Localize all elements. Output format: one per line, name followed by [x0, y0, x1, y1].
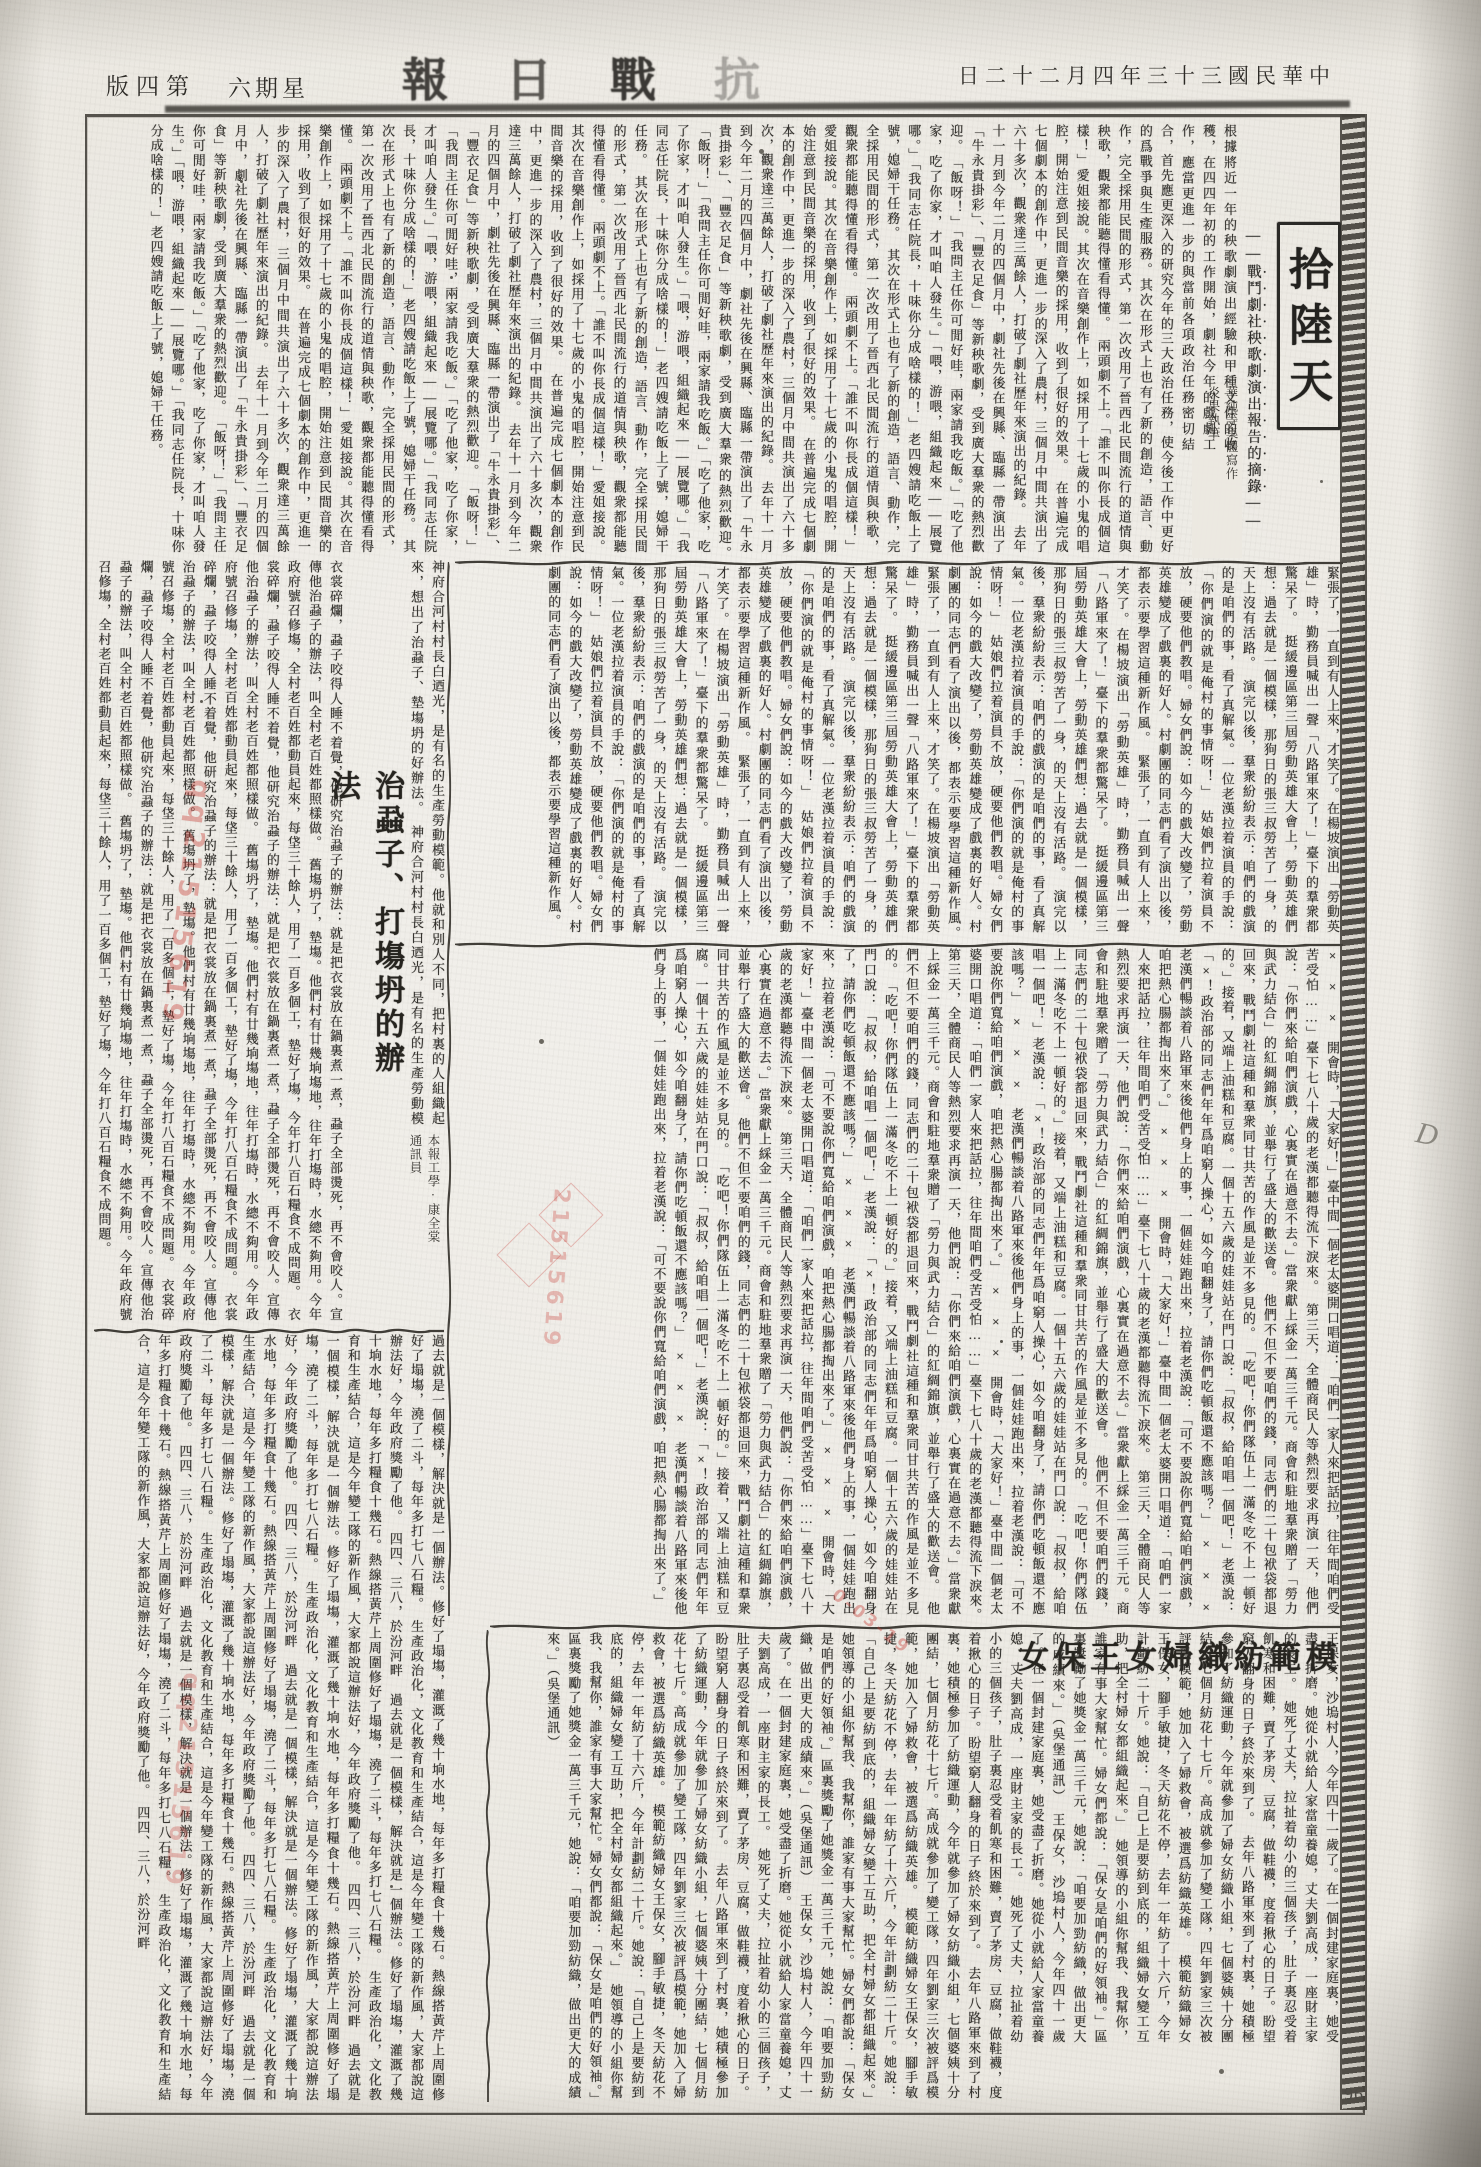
article2-intro-columns: 神府合河村村長白迺光，是有名的生產勞動模範。他就和別人不同，把村裏的人組織起來，…: [410, 560, 448, 1126]
subtitle-dash: ——: [1245, 495, 1261, 531]
article1-band-c-body: × × × 開會時，「大家好！」臺中間一個老太婆開口唱道：「咱們一家人來把話拉，…: [652, 948, 1341, 1616]
article2-byline: 本報工學·康全棠通訊員: [396, 1134, 442, 1299]
article1-band-a-text: 根據將近一年的秧歌劇演出經驗和甲種文件的收穫，在四四年初的工作開始，劇社今年的戲…: [94, 124, 1240, 554]
page-label: 版四第: [106, 68, 196, 101]
section-divider-3: [490, 1618, 1342, 1626]
article2-lower-text: 過去就是一個模樣，解決就是一個辦法。修好了塌塲，灌溉了幾十垧水地，每年多打糧食十…: [92, 1334, 448, 2102]
byline-writer: 本報工學·康全棠: [426, 1134, 440, 1244]
newspaper-scan-page: { "page": {"paper_color": "#ebe8e1", "in…: [0, 0, 1481, 2167]
article3-body: 王保女，沙塢村人，今年四十一歲了。在一個封建家庭裏，她受盡了折磨。她從小就給人家…: [545, 1632, 1339, 2100]
title-offset-spacer: [1194, 452, 1240, 554]
article1-band-b-text: 緊張了，一直到有人上來，才笑了。在楊坡演出「勞動英雄」時，勤務員喊出一聲「八路軍…: [455, 566, 1343, 934]
publication-date: 日二十二月四年三十三國民華中: [958, 60, 1336, 90]
masthead-char: 抗: [714, 55, 818, 106]
column-rule-2: [484, 1630, 492, 2102]
article1-band-c-text: × × × 開會時，「大家好！」臺中間一個老太婆開口唱道：「咱們一家人來把話拉，…: [455, 948, 1343, 1616]
article2-upper-body: 衣裳碎爛，蝨子咬得人睡不着覺，他研究治蝨子的辦法：就是把衣裳放在鍋裏煮一煮，蝨子…: [96, 560, 343, 1322]
corner-shadow: [1261, 1847, 1481, 2167]
byline-role: 通訊員: [408, 1134, 422, 1175]
masthead-char: 戰: [610, 55, 714, 106]
subtitle-text: 戰鬥劇社秧歌劇演出報告的摘錄: [1245, 264, 1261, 495]
article2-upper-text: 衣裳碎爛，蝨子咬得人睡不着覺，他研究治蝨子的辦法：就是把衣裳放在鍋裏煮一煮，蝨子…: [92, 560, 346, 1322]
masthead-title: 報日戰抗: [402, 44, 818, 110]
article1-subtitle: ——戰鬥劇社秧歌劇演出報告的摘錄——: [1243, 228, 1269, 573]
article3-body-text: 王保女，沙塢村人，今年四十一歲了。在一個封建家庭裏，她受盡了折磨。她從小就給人家…: [492, 1632, 1342, 2100]
article2-lower-body: 過去就是一個模樣，解決就是一個辦法。修好了塌塲，灌溉了幾十垧水地，每年多打糧食十…: [135, 1334, 445, 2102]
article1-title: 拾陸天: [1277, 222, 1341, 430]
article1-band-b-body: 緊張了，一直到有人上來，才笑了。在楊坡演出「勞動英雄」時，勤務員喊出一聲「八路軍…: [546, 566, 1340, 934]
subtitle-dash: ——: [1245, 228, 1261, 264]
weekday-label: 六期星: [228, 70, 309, 103]
article2-title: 治蝨子、打塲坍的辦法: [350, 770, 408, 1100]
masthead-char: 報: [402, 55, 506, 106]
ornate-right-border: [1340, 114, 1367, 2110]
article1-band-a-body: 其次在形式上也有了新的創造，語言、動作，完全採用民間的形式，第一次改用了晉西北民…: [149, 124, 1153, 554]
masthead-char: 日: [506, 55, 610, 106]
section-divider-2: [455, 936, 1343, 944]
left-strip-divider: [94, 1322, 444, 1330]
article2-intro-text: 神府合河村村長白迺光，是有名的生產勞動模範。他就和別人不同，把村裏的人組織起來，…: [410, 560, 445, 1126]
section-divider-1: [455, 554, 1343, 562]
